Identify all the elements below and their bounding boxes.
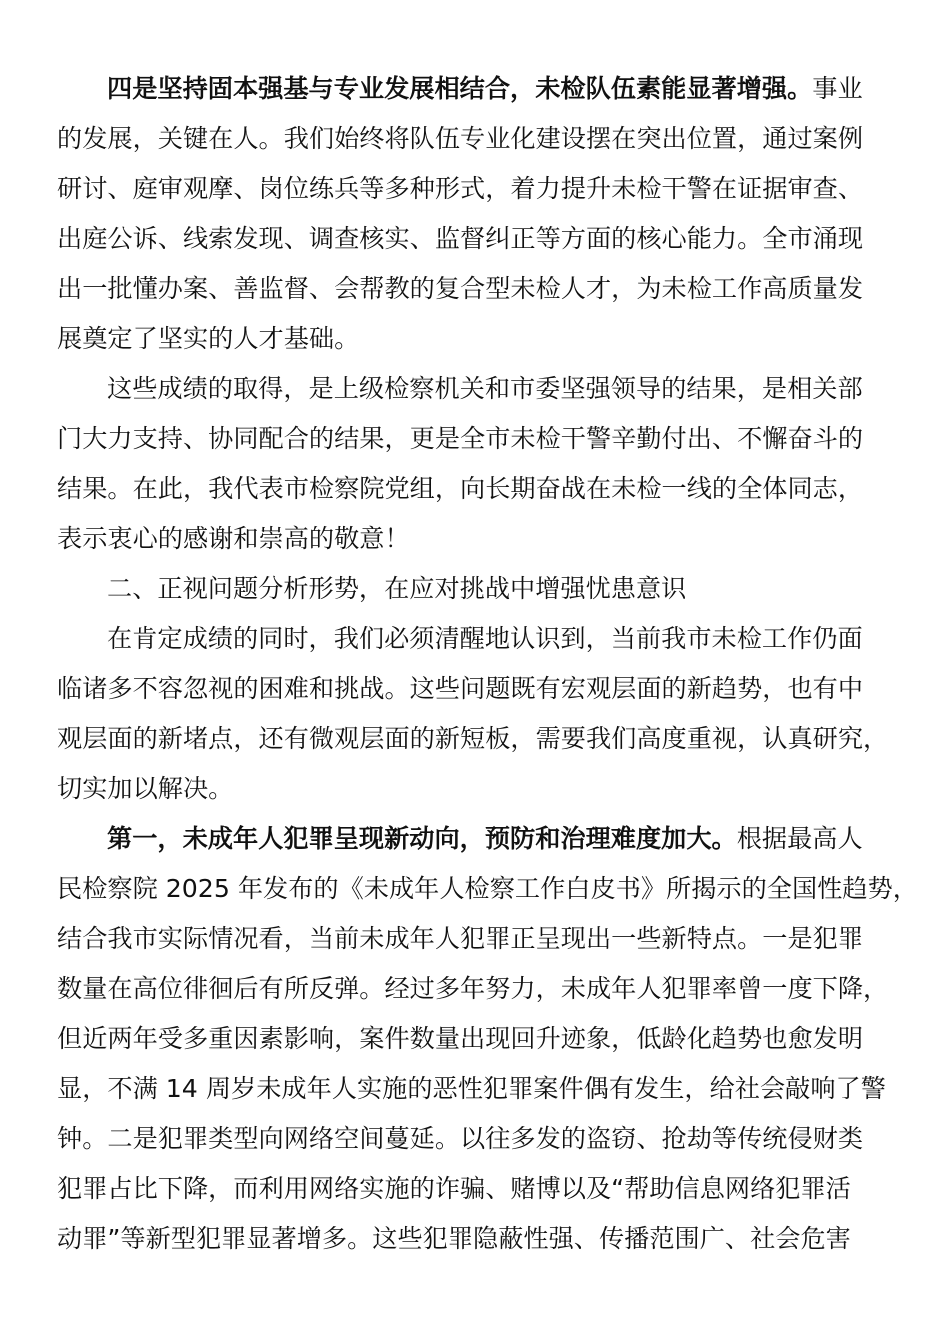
text-line: 民检察院 2025 年发布的《未成年人检察工作白皮书》所揭示的全国性趋势， (57, 864, 917, 914)
bold-lead-sentence: 四是坚持固本强基与专业发展相结合，未检队伍素能显著增强。 (107, 74, 812, 103)
text-line: 展奠定了坚实的人才基础。 (57, 314, 917, 364)
text-line: 犯罪占比下降，而利用网络实施的诈骗、赌博以及“帮助信息网络犯罪活 (57, 1164, 917, 1214)
text-line: 钟。二是犯罪类型向网络空间蔓延。以往多发的盗窃、抢劫等传统侵财类 (57, 1114, 917, 1164)
bold-lead-sentence: 第一，未成年人犯罪呈现新动向，预防和治理难度加大。 (107, 824, 737, 853)
text-line: 这些成绩的取得，是上级检察机关和市委坚强领导的结果，是相关部 (57, 364, 917, 414)
text-line: 结合我市实际情况看，当前未成年人犯罪正呈现出一些新特点。一是犯罪 (57, 914, 917, 964)
text-line: 但近两年受多重因素影响，案件数量出现回升迹象，低龄化趋势也愈发明 (57, 1014, 917, 1064)
text-line: 切实加以解决。 (57, 764, 917, 814)
text-run: 根据最高人 (737, 824, 863, 853)
text-line: 数量在高位徘徊后有所反弹。经过多年努力，未成年人犯罪率曾一度下降， (57, 964, 917, 1014)
section-heading: 二、正视问题分析形势，在应对挑战中增强忧患意识 (57, 564, 917, 614)
text-line: 的发展，关键在人。我们始终将队伍专业化建设摆在突出位置，通过案例 (57, 114, 917, 164)
text-line: 出一批懂办案、善监督、会帮教的复合型未检人才，为未检工作高质量发 (57, 264, 917, 314)
text-line: 研讨、庭审观摩、岗位练兵等多种形式，着力提升未检干警在证据审查、 (57, 164, 917, 214)
text-line: 结果。在此，我代表市检察院党组，向长期奋战在未检一线的全体同志， (57, 464, 917, 514)
text-run: 事业 (812, 74, 862, 103)
text-line: 临诸多不容忽视的困难和挑战。这些问题既有宏观层面的新趋势，也有中 (57, 664, 917, 714)
text-line: 出庭公诉、线索发现、调查核实、监督纠正等方面的核心能力。全市涌现 (57, 214, 917, 264)
text-line: 门大力支持、协同配合的结果，更是全市未检干警辛勤付出、不懈奋斗的 (57, 414, 917, 464)
text-line: 观层面的新堵点，还有微观层面的新短板，需要我们高度重视，认真研究， (57, 714, 917, 764)
text-line: 表示衷心的感谢和崇高的敬意！ (57, 514, 917, 564)
text-line: 第一，未成年人犯罪呈现新动向，预防和治理难度加大。根据最高人 (57, 814, 917, 864)
document-page: 四是坚持固本强基与专业发展相结合，未检队伍素能显著增强。事业 的发展，关键在人。… (57, 64, 917, 1264)
paragraph-juvenile-crime-trends: 第一，未成年人犯罪呈现新动向，预防和治理难度加大。根据最高人 民检察院 2025… (57, 814, 917, 1264)
text-line: 在肯定成绩的同时，我们必须清醒地认识到，当前我市未检工作仍面 (57, 614, 917, 664)
paragraph-acknowledgement: 这些成绩的取得，是上级检察机关和市委坚强领导的结果，是相关部 门大力支持、协同配… (57, 364, 917, 564)
paragraph-team-building: 四是坚持固本强基与专业发展相结合，未检队伍素能显著增强。事业 的发展，关键在人。… (57, 64, 917, 364)
text-line: 四是坚持固本强基与专业发展相结合，未检队伍素能显著增强。事业 (57, 64, 917, 114)
section-heading-text: 二、正视问题分析形势，在应对挑战中增强忧患意识 (57, 564, 917, 614)
text-line: 显，不满 14 周岁未成年人实施的恶性犯罪案件偶有发生，给社会敲响了警 (57, 1064, 917, 1114)
text-line: 动罪”等新型犯罪显著增多。这些犯罪隐蔽性强、传播范围广、社会危害 (57, 1214, 917, 1264)
paragraph-challenges-intro: 在肯定成绩的同时，我们必须清醒地认识到，当前我市未检工作仍面 临诸多不容忽视的困… (57, 614, 917, 814)
